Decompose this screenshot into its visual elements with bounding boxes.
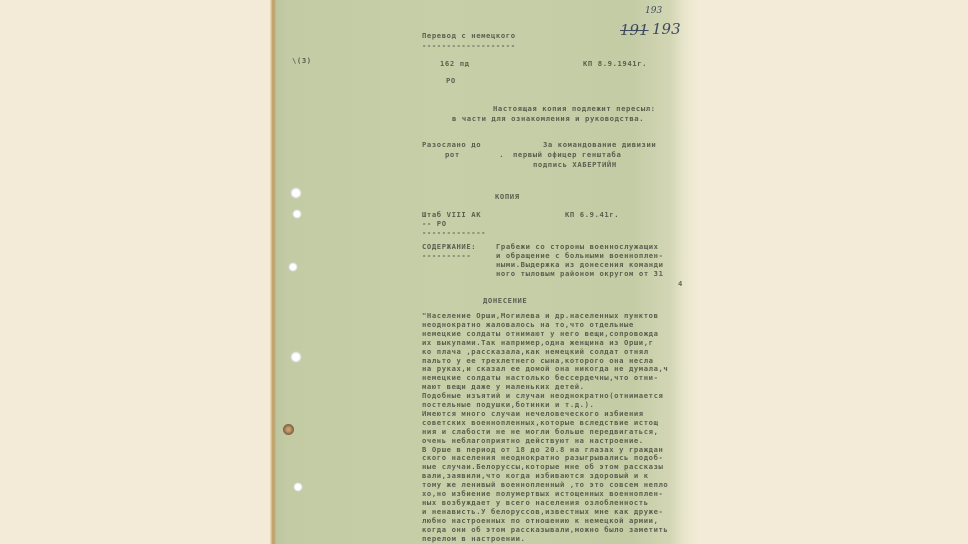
punch-hole — [288, 262, 298, 272]
scanned-document-page: \(3) 193 191 193 Перевод с немецкого ---… — [270, 0, 698, 544]
department-label: РО — [446, 76, 456, 87]
underline: ------------------- — [422, 41, 516, 52]
punch-hole — [283, 424, 294, 435]
location-date: КП 8.9.1941г. — [583, 59, 647, 70]
signature-line-3: подпись ХАБЕРТИЙН — [533, 160, 617, 171]
punch-hole — [293, 482, 303, 492]
punch-hole — [290, 351, 302, 363]
unit-label: 162 пд — [440, 59, 470, 70]
punch-hole — [292, 209, 302, 219]
page-fold-shadow — [670, 0, 698, 544]
copy-title: КОПИЯ — [495, 192, 520, 203]
underline: ------------- — [422, 228, 486, 239]
page-binding-edge — [270, 0, 276, 544]
report-title: ДОНЕСЕНИЕ — [483, 296, 527, 307]
underline: ---------- — [422, 251, 471, 262]
contents-line-4: ного тыловым районом округом от 31 — [496, 269, 664, 280]
body-line: перелом в настроении. — [422, 534, 525, 544]
archive-number-current: 193 — [652, 20, 681, 38]
contents-line-5: 4 — [678, 279, 683, 290]
distribution-line-2: рот . — [445, 150, 504, 161]
archive-number-top: 193 — [645, 6, 662, 16]
notice-line-2: в части для ознакомления и руководства. — [452, 114, 644, 125]
punch-hole — [290, 187, 302, 199]
margin-mark: \(3) — [292, 56, 312, 67]
archive-number-struck: 191 — [620, 21, 649, 39]
copy-location-date: КП 6.9.41г. — [565, 210, 619, 221]
